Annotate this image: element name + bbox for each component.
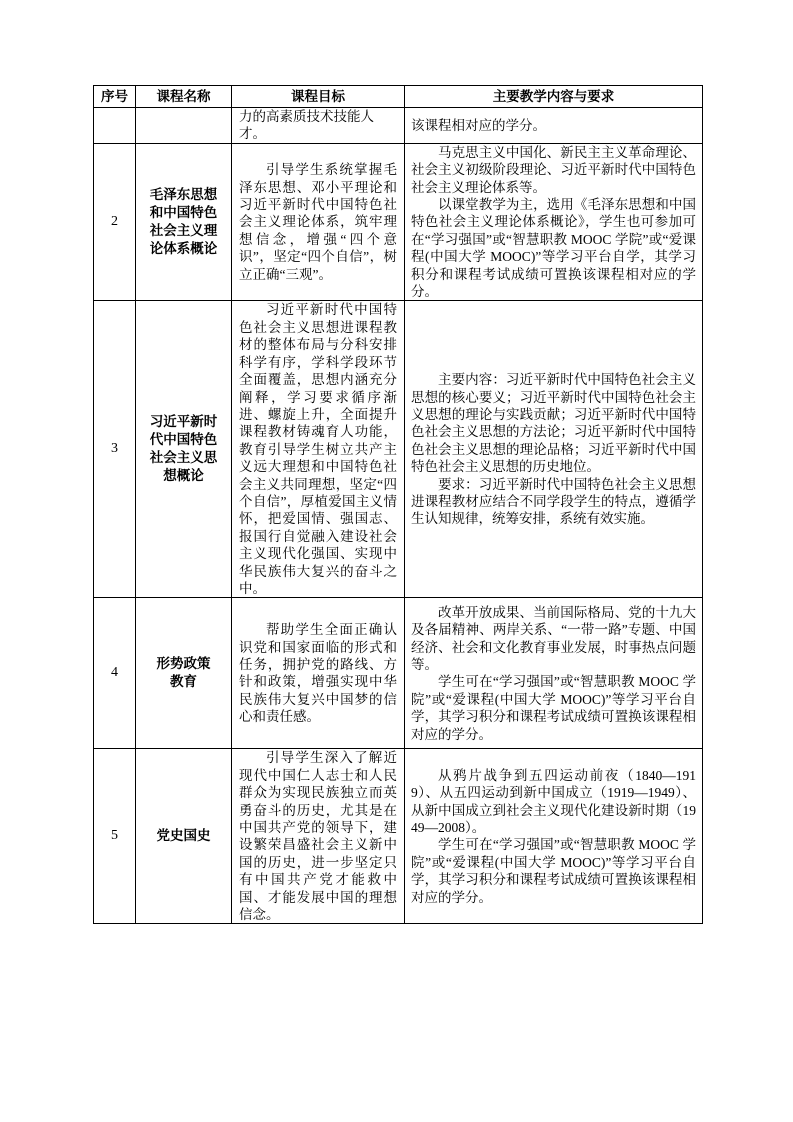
- teaching-content-cell: 从鸦片战争到五四运动前夜（1840—1919）、从五四运动到新中国成立（1919…: [405, 749, 703, 924]
- course-name-line: 和中国特色: [136, 204, 231, 222]
- course-name-cell: 习近平新时代中国特色社会主义思想概论: [136, 301, 232, 598]
- header-cell-1: 课程名称: [136, 86, 232, 108]
- course-name-cell: 毛泽东思想和中国特色社会主义理论体系概论: [136, 143, 232, 301]
- teaching-content-paragraph: 学生可在“学习强国”或“智慧职教 MOOC 学院”或“爱课程(中国大学 MOOC…: [411, 673, 696, 743]
- course-objective-cell: 引导学生系统掌握毛泽东思想、邓小平理论和习近平新时代中国特色社会主义理论体系，筑…: [232, 143, 405, 301]
- objective-paragraph: 力的高素质技术技能人才。: [239, 108, 397, 143]
- course-name-line: 论体系概论: [136, 240, 231, 258]
- serial-number-cell: [94, 108, 136, 144]
- course-name-cell: [136, 108, 232, 144]
- course-name-line: 社会主义思: [136, 449, 231, 467]
- table-row: 3习近平新时代中国特色社会主义思想概论习近平新时代中国特色社会主义思想进课程教材…: [94, 301, 703, 598]
- course-objective-cell: 力的高素质技术技能人才。: [232, 108, 405, 144]
- course-name-line: 毛泽东思想: [136, 186, 231, 204]
- course-name-line: 形势政策: [136, 655, 231, 673]
- course-table: 序号课程名称课程目标主要教学内容与要求 力的高素质技术技能人才。该课程相对应的学…: [93, 85, 703, 924]
- course-name-line: 党史国史: [136, 827, 231, 845]
- table-row: 力的高素质技术技能人才。该课程相对应的学分。: [94, 108, 703, 144]
- course-name-line: 想概论: [136, 467, 231, 485]
- teaching-content-paragraph: 要求：习近平新时代中国特色社会主义思想进课程教材应结合不同学段学生的特点，遵循学…: [411, 476, 696, 528]
- serial-number-cell: 3: [94, 301, 136, 598]
- header-row: 序号课程名称课程目标主要教学内容与要求: [94, 86, 703, 108]
- header-cell-0: 序号: [94, 86, 136, 108]
- objective-paragraph: 引导学生深入了解近现代中国仁人志士和人民群众为实现民族独立而英勇奋斗的历史，尤其…: [239, 749, 397, 923]
- header-cell-3: 主要教学内容与要求: [405, 86, 703, 108]
- serial-number-cell: 2: [94, 143, 136, 301]
- table-row: 4形势政策教育帮助学生全面正确认识党和国家面临的形式和任务，拥护党的路线、方针和…: [94, 598, 703, 749]
- teaching-content-paragraph: 以课堂教学为主，选用《毛泽东思想和中国特色社会主义理论体系概论》，学生也可参加可…: [411, 196, 696, 300]
- teaching-content-cell: 该课程相对应的学分。: [405, 108, 703, 144]
- course-name-line: 教育: [136, 673, 231, 691]
- serial-number-cell: 5: [94, 749, 136, 924]
- teaching-content-paragraph: 主要内容：习近平新时代中国特色社会主义思想的核心要义；习近平新时代中国特色社会主…: [411, 371, 696, 475]
- table-body: 力的高素质技术技能人才。该课程相对应的学分。2毛泽东思想和中国特色社会主义理论体…: [94, 108, 703, 924]
- header-cell-2: 课程目标: [232, 86, 405, 108]
- serial-number-cell: 4: [94, 598, 136, 749]
- teaching-content-paragraph: 学生可在“学习强国”或“智慧职教 MOOC 学院”或“爱课程(中国大学 MOOC…: [411, 836, 696, 906]
- teaching-content-cell: 改革开放成果、当前国际格局、党的十九大及各届精神、两岸关系、“一带一路”专题、中…: [405, 598, 703, 749]
- teaching-content-paragraph: 改革开放成果、当前国际格局、党的十九大及各届精神、两岸关系、“一带一路”专题、中…: [411, 604, 696, 674]
- objective-paragraph: 帮助学生全面正确认识党和国家面临的形式和任务，拥护党的路线、方针和政策，增强实现…: [239, 621, 397, 725]
- course-name-line: 代中国特色: [136, 431, 231, 449]
- course-name-line: 社会主义理: [136, 222, 231, 240]
- course-name-cell: 形势政策教育: [136, 598, 232, 749]
- teaching-content-cell: 主要内容：习近平新时代中国特色社会主义思想的核心要义；习近平新时代中国特色社会主…: [405, 301, 703, 598]
- table-row: 5党史国史引导学生深入了解近现代中国仁人志士和人民群众为实现民族独立而英勇奋斗的…: [94, 749, 703, 924]
- objective-paragraph: 引导学生系统掌握毛泽东思想、邓小平理论和习近平新时代中国特色社会主义理论体系，筑…: [239, 161, 397, 283]
- course-name-line: 习近平新时: [136, 413, 231, 431]
- course-objective-cell: 帮助学生全面正确认识党和国家面临的形式和任务，拥护党的路线、方针和政策，增强实现…: [232, 598, 405, 749]
- teaching-content-paragraph: 马克思主义中国化、新民主主义革命理论、社会主义初级阶段理论、习近平新时代中国特色…: [411, 144, 696, 196]
- teaching-content-paragraph: 从鸦片战争到五四运动前夜（1840—1919）、从五四运动到新中国成立（1919…: [411, 767, 696, 837]
- teaching-content-paragraph: 该课程相对应的学分。: [411, 117, 696, 134]
- teaching-content-cell: 马克思主义中国化、新民主主义革命理论、社会主义初级阶段理论、习近平新时代中国特色…: [405, 143, 703, 301]
- course-name-cell: 党史国史: [136, 749, 232, 924]
- course-objective-cell: 习近平新时代中国特色社会主义思想进课程教材的整体布局与分科安排科学有序，学科学段…: [232, 301, 405, 598]
- objective-paragraph: 习近平新时代中国特色社会主义思想进课程教材的整体布局与分科安排科学有序，学科学段…: [239, 301, 397, 597]
- course-objective-cell: 引导学生深入了解近现代中国仁人志士和人民群众为实现民族独立而英勇奋斗的历史，尤其…: [232, 749, 405, 924]
- table-row: 2毛泽东思想和中国特色社会主义理论体系概论引导学生系统掌握毛泽东思想、邓小平理论…: [94, 143, 703, 301]
- document-page: 序号课程名称课程目标主要教学内容与要求 力的高素质技术技能人才。该课程相对应的学…: [0, 0, 793, 1122]
